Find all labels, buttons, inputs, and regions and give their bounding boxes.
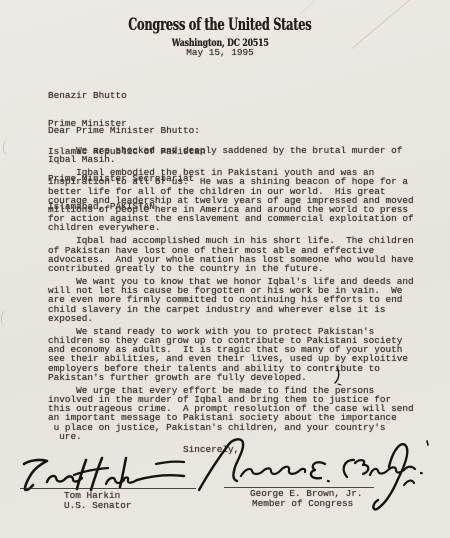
body-paragraph-2: Iqbal embodied the best in Pakistani you… — [48, 168, 414, 232]
tom-harkin-signature — [16, 452, 206, 492]
signature-underline-left — [20, 488, 196, 489]
pen-stroke-mark — [330, 366, 346, 386]
body-paragraph-1: We are shocked and deeply saddened by th… — [48, 146, 414, 164]
body-paragraph-4: We want you to know that we honor Iqbal'… — [48, 277, 414, 323]
sender-title-left: U.S. Senator — [64, 501, 132, 510]
letterhead-organization: Congress of the United States — [128, 15, 311, 35]
sender-name-left: Tom Harkin — [64, 491, 120, 500]
paper-crease — [300, 0, 365, 15]
sender-title-right: Member of Congress — [252, 499, 353, 508]
body-paragraph-5: We stand ready to work with you to prote… — [48, 327, 414, 382]
recipient-name: Benazir Bhutto — [48, 91, 206, 100]
letter-body: We are shocked and deeply saddened by th… — [48, 146, 414, 445]
scan-edge-mark — [3, 140, 11, 155]
letterhead: Congress of the United States — [0, 15, 440, 35]
sender-name-right: George E. Brown, Jr. — [250, 489, 363, 498]
letter-date: May 15, 1995 — [0, 48, 440, 57]
salutation: Dear Prime Minister Bhutto: — [48, 126, 200, 135]
scanned-letter-page: Congress of the United States Washington… — [0, 0, 450, 538]
scan-edge-mark — [0, 310, 10, 326]
body-paragraph-3: Iqbal had accomplished much in his short… — [48, 236, 414, 273]
